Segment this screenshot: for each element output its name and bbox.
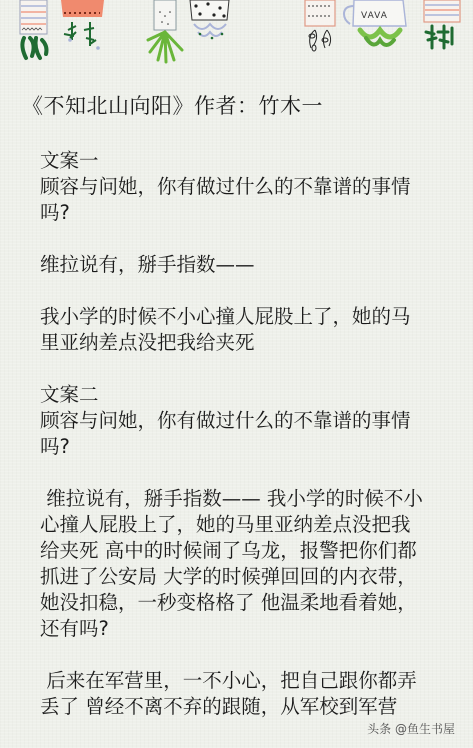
blank-line — [40, 460, 440, 486]
synopsis-content: 文案一 顾容与问她，你有做过什么的不靠谱的事情 吗? 维拉说有，掰手指数—— 我… — [40, 148, 440, 720]
text-line: 她没扣稳，一秒变格格了 他温柔地看着她， — [40, 590, 440, 616]
blank-line — [40, 278, 440, 304]
striped-pot-icon — [20, 0, 47, 58]
patterned-pot-icon — [305, 0, 335, 51]
text-line: 里亚纳差点没把我给夹死 — [40, 330, 440, 356]
text-line: 给夹死 高中的时候闹了乌龙，报警把你们都 — [40, 538, 440, 564]
section-heading-2: 文案二 — [40, 382, 440, 408]
text-line: 抓进了公安局 大学的时候弹回回的内衣带， — [40, 564, 440, 590]
text-line: 顾容与问她，你有做过什么的不靠谱的事情 — [40, 174, 440, 200]
glass-pot-icon — [148, 0, 182, 62]
svg-text:VAVA: VAVA — [361, 11, 388, 21]
text-line: 维拉说有，掰手指数—— — [40, 252, 440, 278]
text-line: 丢了 曾经不离不弃的跟随，从军校到军营 — [40, 694, 440, 720]
text-line: 心撞人屁股上了，她的马里亚纳差点没把我 — [40, 512, 440, 538]
blank-line — [40, 226, 440, 252]
text-line: 维拉说有，掰手指数—— 我小学的时候不小 — [40, 486, 440, 512]
text-line: 吗? — [40, 200, 440, 226]
striped-pot-right-icon — [424, 0, 460, 48]
section-heading-1: 文案一 — [40, 148, 440, 174]
text-line: 后来在军营里，一不小心，把自己跟你都弄 — [40, 668, 440, 694]
book-title: 《不知北山向阳》作者：竹木一 — [22, 90, 323, 120]
text-line: 我小学的时候不小心撞人屁股上了，她的马 — [40, 304, 440, 330]
blank-line — [40, 642, 440, 668]
text-line: 吗? — [40, 434, 440, 460]
text-line: 还有吗? — [40, 616, 440, 642]
hanging-plants-illustration: VAVA — [0, 0, 473, 70]
text-line: 顾容与问她，你有做过什么的不靠谱的事情 — [40, 408, 440, 434]
watermark: 头条 @鱼生书屋 — [367, 720, 455, 737]
teapot-pot-icon: VAVA — [344, 0, 406, 45]
polka-dot-pot-icon — [190, 0, 229, 39]
coral-pot-icon — [61, 0, 104, 50]
blank-line — [40, 356, 440, 382]
